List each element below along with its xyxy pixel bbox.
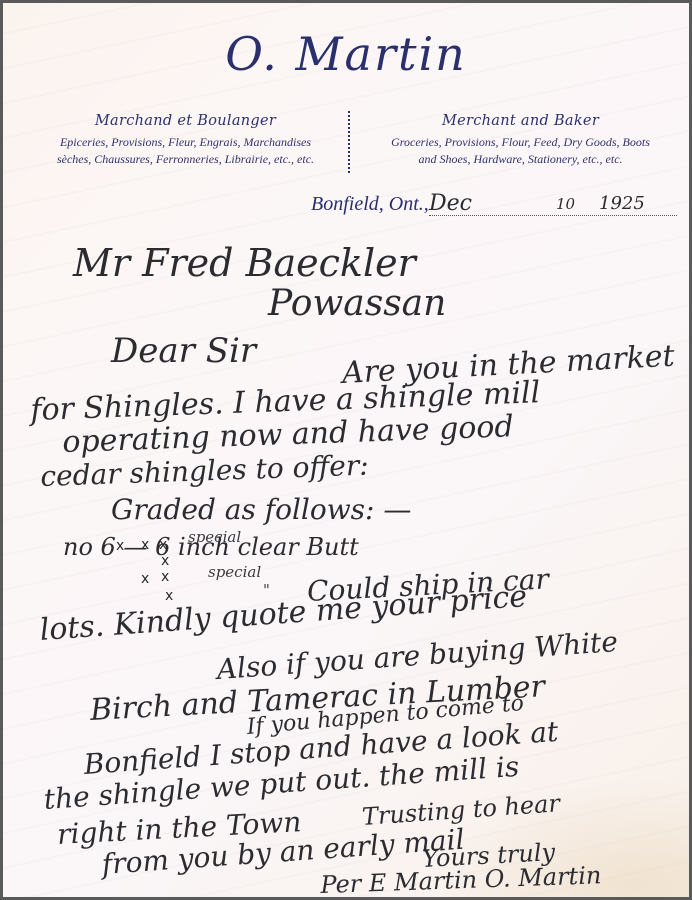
dateline: Bonfield, Ont., Dec 10 1925 (311, 193, 683, 221)
letterhead-french-line1: Epiceries, Provisions, Fleur, Engrais, M… (28, 134, 343, 151)
salutation: Dear Sir (111, 331, 256, 371)
letterhead-english-title: Merchant and Baker (353, 113, 688, 129)
tally-mark: x (141, 537, 149, 553)
letterhead-english-line2: and Shoes, Hardware, Stationery, etc., e… (353, 151, 688, 168)
recipient-town: Powassan (268, 283, 446, 324)
letterhead-french-line2: sèches, Chaussures, Ferronneries, Librai… (28, 151, 343, 168)
tally-mark: x (116, 538, 124, 554)
letterhead-english-line1: Groceries, Provisions, Flour, Feed, Dry … (353, 134, 688, 151)
insert-special-2: special (208, 563, 261, 581)
tally-mark: x (141, 571, 149, 587)
place: Bonfield, Ont., (311, 193, 429, 216)
tally-mark: x (159, 537, 167, 553)
recipient-name: Mr Fred Baeckler (73, 241, 416, 285)
tally-mark: x (161, 553, 169, 569)
letterhead-french: Marchand et Boulanger Epiceries, Provisi… (28, 113, 343, 168)
tally-mark: x (161, 569, 169, 585)
body-line-6: no 6 — 6 inch clear Butt (63, 533, 359, 561)
date-year: 1925 (599, 193, 645, 214)
date-month: Dec (429, 191, 472, 216)
date-day: 10 (556, 195, 575, 213)
letterhead-french-title: Marchand et Boulanger (28, 113, 343, 129)
letterhead-divider (348, 111, 350, 173)
letterhead-name: O. Martin (3, 27, 689, 81)
letter-page: O. Martin Marchand et Boulanger Epicerie… (3, 3, 689, 897)
tally-mark: x (165, 588, 173, 604)
letterhead-english: Merchant and Baker Groceries, Provisions… (353, 113, 688, 168)
body-line-5: Graded as follows: — (111, 493, 411, 526)
